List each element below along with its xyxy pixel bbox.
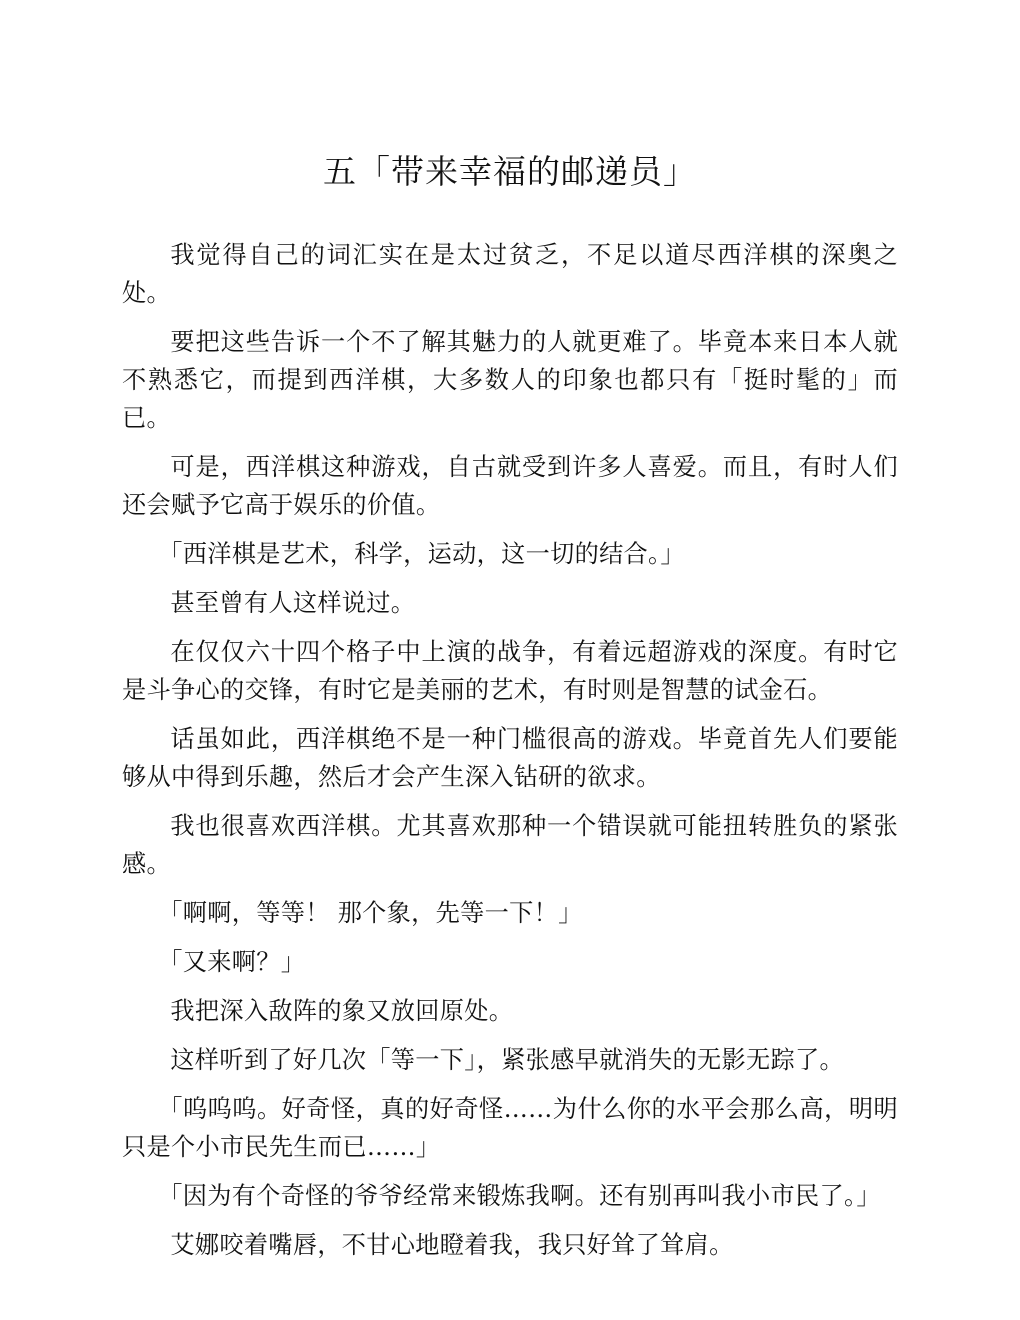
dialogue-paragraph: 「又来啊？」	[122, 943, 898, 981]
paragraph: 这样听到了好几次「等一下」，紧张感早就消失的无影无踪了。	[122, 1041, 898, 1079]
paragraph: 在仅仅六十四个格子中上演的战争，有着远超游戏的深度。有时它是斗争心的交锋，有时它…	[122, 633, 898, 709]
chapter-body: 我觉得自己的词汇实在是太过贫乏，不足以道尽西洋棋的深奥之处。 要把这些告诉一个不…	[122, 236, 898, 1275]
chapter-title: 五「带来幸福的邮递员」	[0, 148, 1020, 196]
dialogue-paragraph: 「呜呜呜。好奇怪，真的好奇怪……为什么你的水平会那么高，明明只是个小市民先生而已…	[122, 1090, 898, 1166]
dialogue-paragraph: 「西洋棋是艺术，科学，运动，这一切的结合。」	[122, 535, 898, 573]
paragraph: 要把这些告诉一个不了解其魅力的人就更难了。毕竟本来日本人就不熟悉它，而提到西洋棋…	[122, 323, 898, 437]
paragraph: 艾娜咬着嘴唇，不甘心地瞪着我，我只好耸了耸肩。	[122, 1226, 898, 1264]
dialogue-paragraph: 「因为有个奇怪的爷爷经常来锻炼我啊。还有别再叫我小市民了。」	[122, 1177, 898, 1215]
paragraph: 甚至曾有人这样说过。	[122, 584, 898, 622]
paragraph: 可是，西洋棋这种游戏，自古就受到许多人喜爱。而且，有时人们还会赋予它高于娱乐的价…	[122, 448, 898, 524]
paragraph: 我觉得自己的词汇实在是太过贫乏，不足以道尽西洋棋的深奥之处。	[122, 236, 898, 312]
dialogue-paragraph: 「啊啊，等等！ 那个象，先等一下！」	[122, 894, 898, 932]
paragraph: 话虽如此，西洋棋绝不是一种门槛很高的游戏。毕竟首先人们要能够从中得到乐趣，然后才…	[122, 720, 898, 796]
paragraph: 我也很喜欢西洋棋。尤其喜欢那种一个错误就可能扭转胜负的紧张感。	[122, 807, 898, 883]
paragraph: 我把深入敌阵的象又放回原处。	[122, 992, 898, 1030]
